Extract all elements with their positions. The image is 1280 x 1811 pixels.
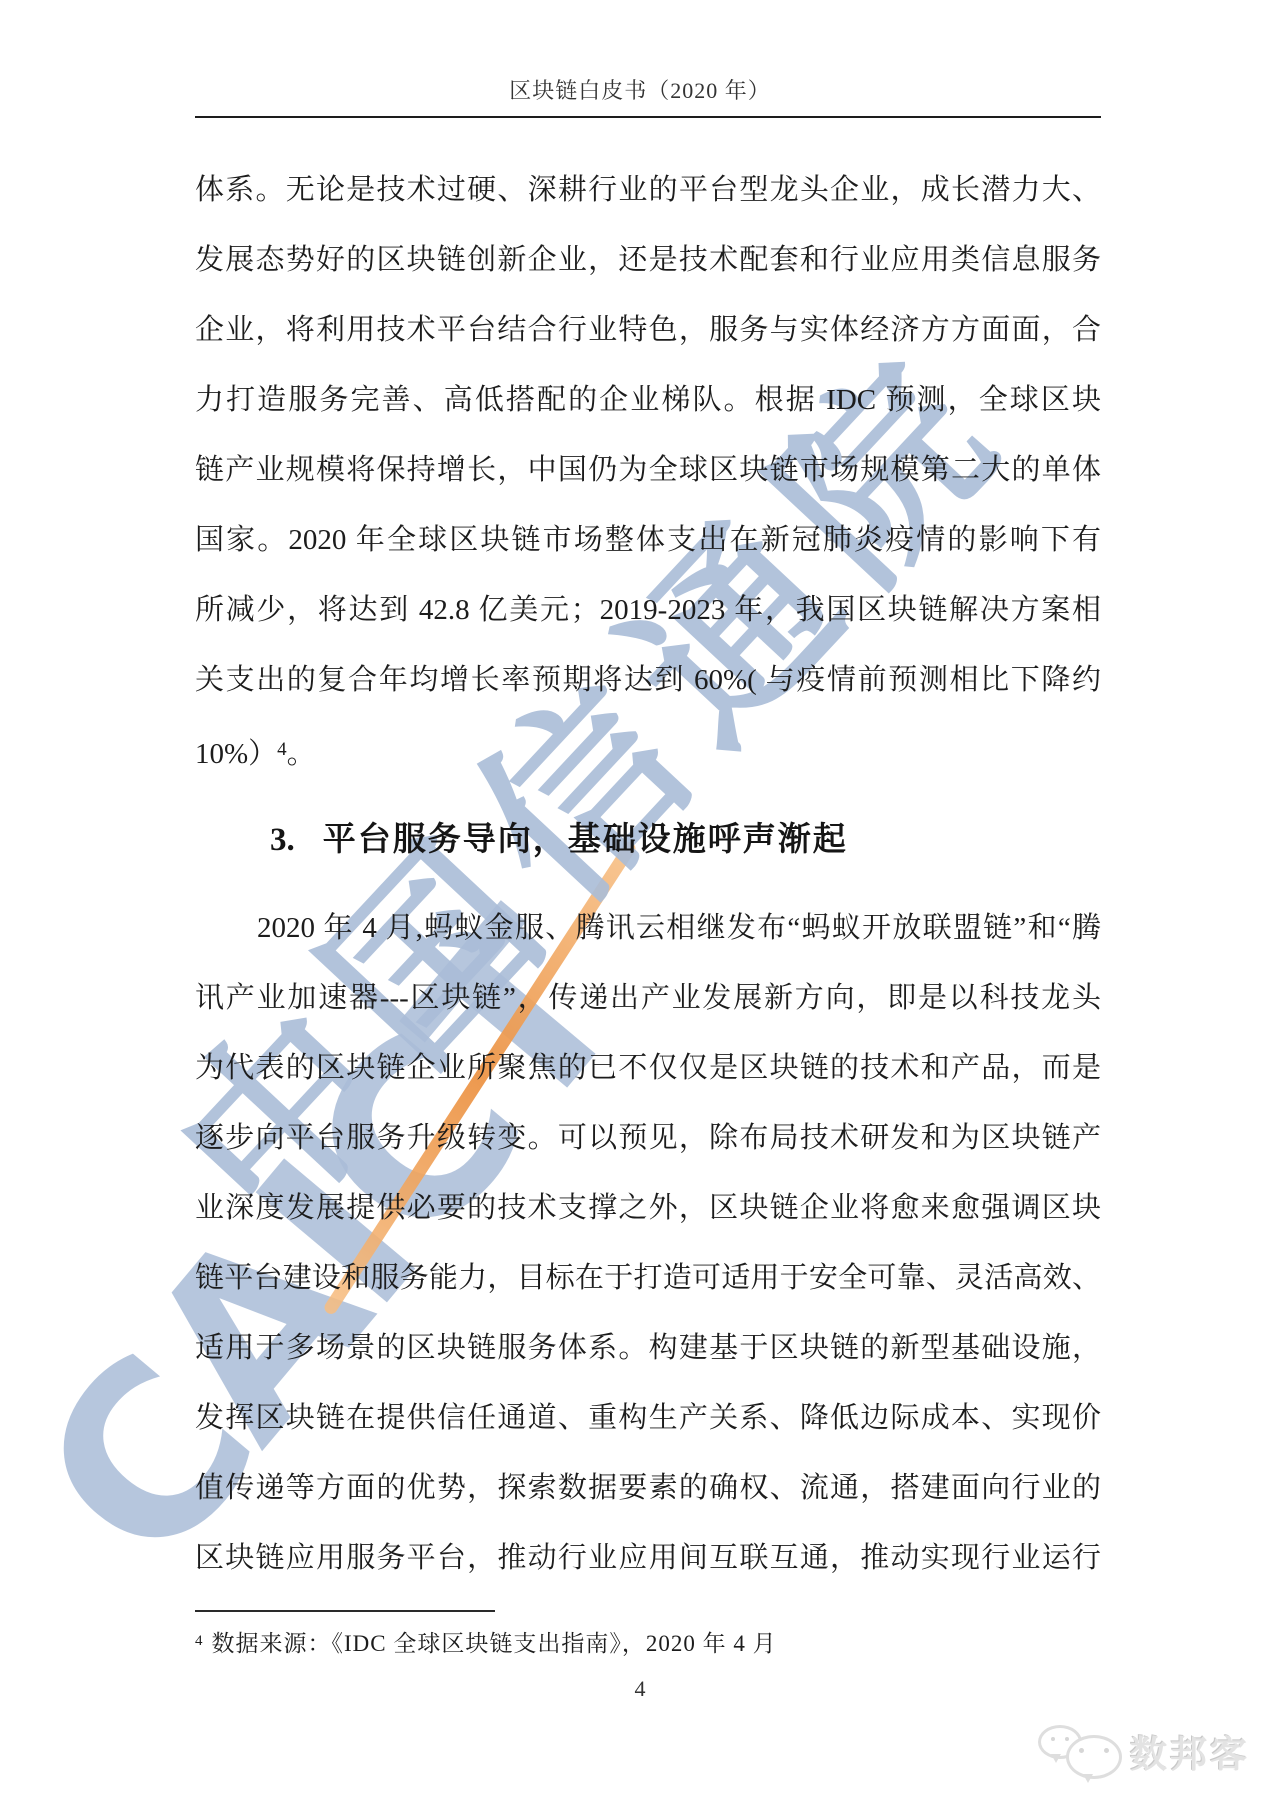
text-line: 2020 年 4 月,蚂蚁金服、腾讯云相继发布“蚂蚁开放联盟链”和“腾 [195, 893, 1101, 963]
paragraph-1: 体系。无论是技术过硬、深耕行业的平台型龙头企业，成长潜力大、 发展态势好的区块链… [195, 155, 1101, 785]
page-content: 区块链白皮书（2020 年） 体系。无论是技术过硬、深耕行业的平台型龙头企业，成… [0, 0, 1280, 1811]
text-line: 业深度发展提供必要的技术支撑之外，区块链企业将愈来愈强调区块 [195, 1173, 1101, 1243]
bubble-tail [1051, 1754, 1061, 1763]
text-line: 力打造服务完善、高低搭配的企业梯队。根据 IDC 预测，全球区块 [195, 365, 1101, 435]
text-line: 适用于多场景的区块链服务体系。构建基于区块链的新型基础设施， [195, 1313, 1101, 1383]
footnote-marker: 4 [195, 1633, 204, 1649]
text-line: 链平台建设和服务能力，目标在于打造可适用于安全可靠、灵活高效、 [195, 1243, 1101, 1313]
text-line: 发挥区块链在提供信任通道、重构生产关系、降低边际成本、实现价 [195, 1383, 1101, 1453]
text-line: 讯产业加速器---区块链”，传递出产业发展新方向，即是以科技龙头 [195, 963, 1101, 1033]
page-number: 4 [0, 1676, 1280, 1702]
text-line: 关支出的复合年均增长率预期将达到 60%( 与疫情前预测相比下降约 [195, 645, 1101, 715]
bubble-eye [1104, 1748, 1109, 1753]
text-line: 值传递等方面的优势，探索数据要素的确权、流通，搭建面向行业的 [195, 1453, 1101, 1523]
text-line: 区块链应用服务平台，推动行业应用间互联互通，推动实现行业运行 [195, 1523, 1101, 1593]
text-line: 逐步向平台服务升级转变。可以预见，除布局技术研发和为区块链产 [195, 1103, 1101, 1173]
header-rule [195, 116, 1101, 118]
text-line: 发展态势好的区块链创新企业，还是技术配套和行业应用类信息服务 [195, 225, 1101, 295]
text-line: 所减少，将达到 42.8 亿美元；2019-2023 年，我国区块链解决方案相 [195, 575, 1101, 645]
brand-name: 数邦客 [1130, 1724, 1250, 1778]
text-line: 企业，将利用技术平台结合行业特色，服务与实体经济方方面面，合 [195, 295, 1101, 365]
text-line: 国家。2020 年全球区块链市场整体支出在新冠肺炎疫情的影响下有 [195, 505, 1101, 575]
footnote-separator [195, 1610, 495, 1612]
paragraph-end-text: 10%） [195, 738, 277, 770]
bubble-eye [1051, 1737, 1055, 1741]
brand-logo: 数邦客 [1038, 1725, 1250, 1777]
text-line: 链产业规模将保持增长，中国仍为全球区块链市场规模第二大的单体 [195, 435, 1101, 505]
text-line: 10%）4。 [195, 715, 1101, 785]
document-page: CAICT 中国信通院 区块链白皮书（2020 年） 体系。无论是技术过硬、深耕… [0, 0, 1280, 1811]
paragraph-end-punct: 。 [287, 738, 316, 770]
running-header-title: 区块链白皮书（2020 年） [0, 74, 1280, 105]
footnote: 4数据来源：《IDC 全球区块链支出指南》，2020 年 4 月 [195, 1624, 1101, 1661]
bubble-eye [1079, 1748, 1084, 1753]
paragraph-2: 2020 年 4 月,蚂蚁金服、腾讯云相继发布“蚂蚁开放联盟链”和“腾 讯产业加… [195, 893, 1101, 1593]
text-line: 为代表的区块链企业所聚焦的已不仅仅是区块链的技术和产品，而是 [195, 1033, 1101, 1103]
text-line: 体系。无论是技术过硬、深耕行业的平台型龙头企业，成长潜力大、 [195, 155, 1101, 225]
section-title: 平台服务导向，基础设施呼声渐起 [323, 822, 848, 858]
bubble-tail [1083, 1774, 1093, 1783]
section-number: 3. [270, 822, 295, 858]
section-heading: 3.平台服务导向，基础设施呼声渐起 [270, 805, 848, 875]
footnote-text: 数据来源：《IDC 全球区块链支出指南》，2020 年 4 月 [212, 1631, 777, 1656]
bubble-eye [1065, 1737, 1069, 1741]
footnote-reference: 4 [277, 739, 287, 760]
big-chat-bubble-icon [1066, 1735, 1122, 1779]
chat-bubbles-icon [1038, 1725, 1122, 1777]
